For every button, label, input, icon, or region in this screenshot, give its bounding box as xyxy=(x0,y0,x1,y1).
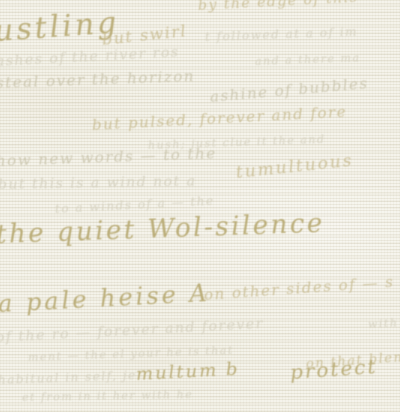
linen-texture-striation xyxy=(0,0,400,412)
wallpaper-swatch: by the edge of this ustling but swirl t … xyxy=(0,0,400,412)
